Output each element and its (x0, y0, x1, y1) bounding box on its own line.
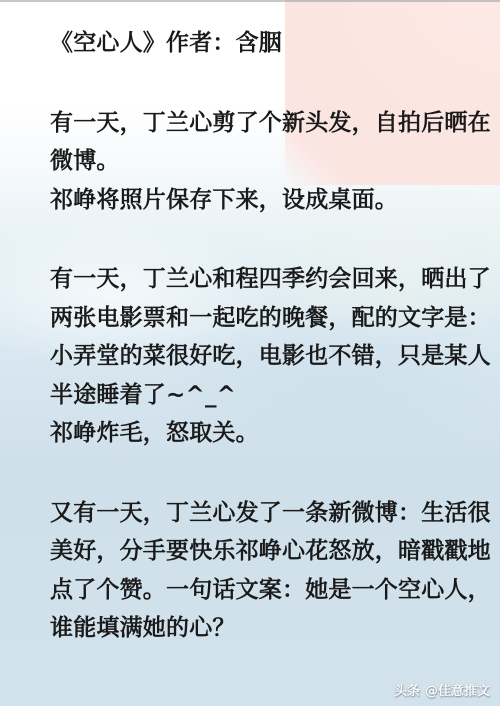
paragraph-line: 有一天，丁兰心和程四季约会回来，晒出了 (50, 260, 450, 299)
paragraphs: 有一天，丁兰心剪了个新头发，自拍后晒在微博。祁峥将照片保存下来，设成桌面。有一天… (50, 104, 450, 648)
paragraph-line: 美好，分手要快乐祁峥心花怒放，暗戳戳地 (50, 532, 450, 571)
paragraph-line: 点了个赞。一句话文案：她是一个空心人， (50, 571, 450, 610)
watermark-account-label: @佳意推文 (425, 684, 490, 699)
paragraph-line: 有一天，丁兰心剪了个新头发，自拍后晒在 (50, 104, 450, 143)
top-border-line (0, 0, 500, 2)
watermark-platform-label: 头条 (394, 684, 420, 699)
article-text-card: 《空心人》作者：含胭 有一天，丁兰心剪了个新头发，自拍后晒在微博。祁峥将照片保存… (0, 0, 500, 706)
paragraph-line: 祁峥将照片保存下来，设成桌面。 (50, 181, 450, 220)
paragraph: 有一天，丁兰心剪了个新头发，自拍后晒在微博。祁峥将照片保存下来，设成桌面。 (50, 104, 450, 220)
paragraph-line: 祁峥炸毛，怒取关。 (50, 414, 450, 453)
paragraph-line: 又有一天，丁兰心发了一条新微博：生活很 (50, 494, 450, 533)
paragraph-line: 谁能填满她的心？ (50, 609, 450, 648)
paragraph-line: 两张电影票和一起吃的晚餐，配的文字是： (50, 299, 450, 338)
story-title: 《空心人》作者：含胭 (50, 24, 450, 63)
paragraph-line: 小弄堂的菜很好吃，电影也不错，只是某人 (50, 337, 450, 376)
watermark: 头条@佳意推文 (394, 680, 490, 699)
paragraph: 有一天，丁兰心和程四季约会回来，晒出了两张电影票和一起吃的晚餐，配的文字是：小弄… (50, 260, 450, 453)
article-content: 《空心人》作者：含胭 有一天，丁兰心剪了个新头发，自拍后晒在微博。祁峥将照片保存… (0, 0, 500, 648)
paragraph-line: 微博。 (50, 142, 450, 181)
paragraph-line: 半途睡着了~^_^ (50, 376, 450, 415)
paragraph: 又有一天，丁兰心发了一条新微博：生活很美好，分手要快乐祁峥心花怒放，暗戳戳地点了… (50, 494, 450, 648)
